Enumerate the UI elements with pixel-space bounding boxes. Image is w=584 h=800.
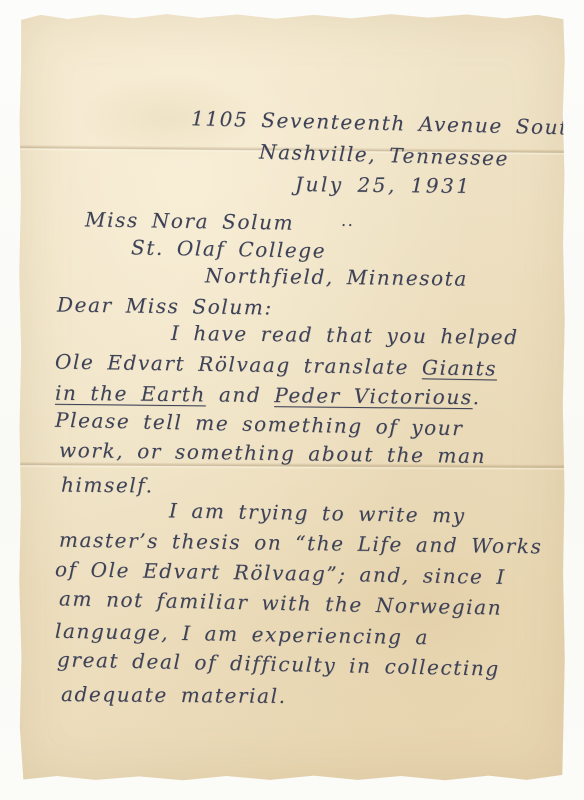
paragraph1-line6: himself.: [61, 473, 154, 498]
recipient-name: Miss Nora Solum: [85, 207, 294, 234]
paragraph1-line3-text: and: [206, 382, 275, 407]
paragraph2-line4: am not familiar with the Norwegian: [59, 586, 503, 619]
recipient-college: St. Olaf College: [131, 235, 327, 262]
paragraph2-line3: of Ole Edvart Rölvaag”; and, since I: [55, 557, 506, 589]
ditto-mark: ..: [341, 211, 354, 230]
book-title-peder-victorious: Peder Victorious: [274, 383, 473, 409]
salutation: Dear Miss Solum:: [57, 292, 273, 319]
heading-date: July 25, 1931: [295, 172, 472, 198]
heading-city: Nashville, Tennessee: [259, 140, 510, 171]
paragraph2-line2: master’s thesis on “the Life and Works: [59, 528, 543, 559]
paragraph2-line6: great deal of difficulty in collecting: [57, 647, 500, 680]
paragraph1-line5: work, or something about the man: [59, 438, 486, 468]
paragraph2-line5: language, I am experiencing a: [55, 619, 429, 650]
paragraph1-line4: Please tell me something of your: [55, 408, 464, 441]
paragraph2-line7: adequate material.: [61, 682, 287, 708]
scan-background: { "scan": { "background_color": "#fcfcfa…: [0, 0, 584, 800]
paragraph2-line1: I am trying to write my: [169, 498, 466, 527]
book-title-giants: Giants: [422, 355, 497, 380]
paragraph1-line2-text: Ole Edvart Rölvaag translate: [55, 350, 422, 380]
paragraph1-line1: I have read that you helped: [171, 321, 519, 349]
paragraph1-line3: in the Earth and Peder Victorious.: [55, 381, 481, 409]
recipient-location: Northfield, Minnesota: [205, 263, 468, 290]
book-title-in-the-earth: in the Earth: [55, 381, 206, 407]
paragraph1-line2: Ole Edvart Rölvaag translate Giants: [55, 350, 497, 381]
paragraph1-line3-period: .: [473, 385, 481, 409]
letter-paper: 1105 Seventeenth Avenue South Nashville,…: [19, 13, 565, 781]
heading-address: 1105 Seventeenth Avenue South: [191, 106, 584, 140]
